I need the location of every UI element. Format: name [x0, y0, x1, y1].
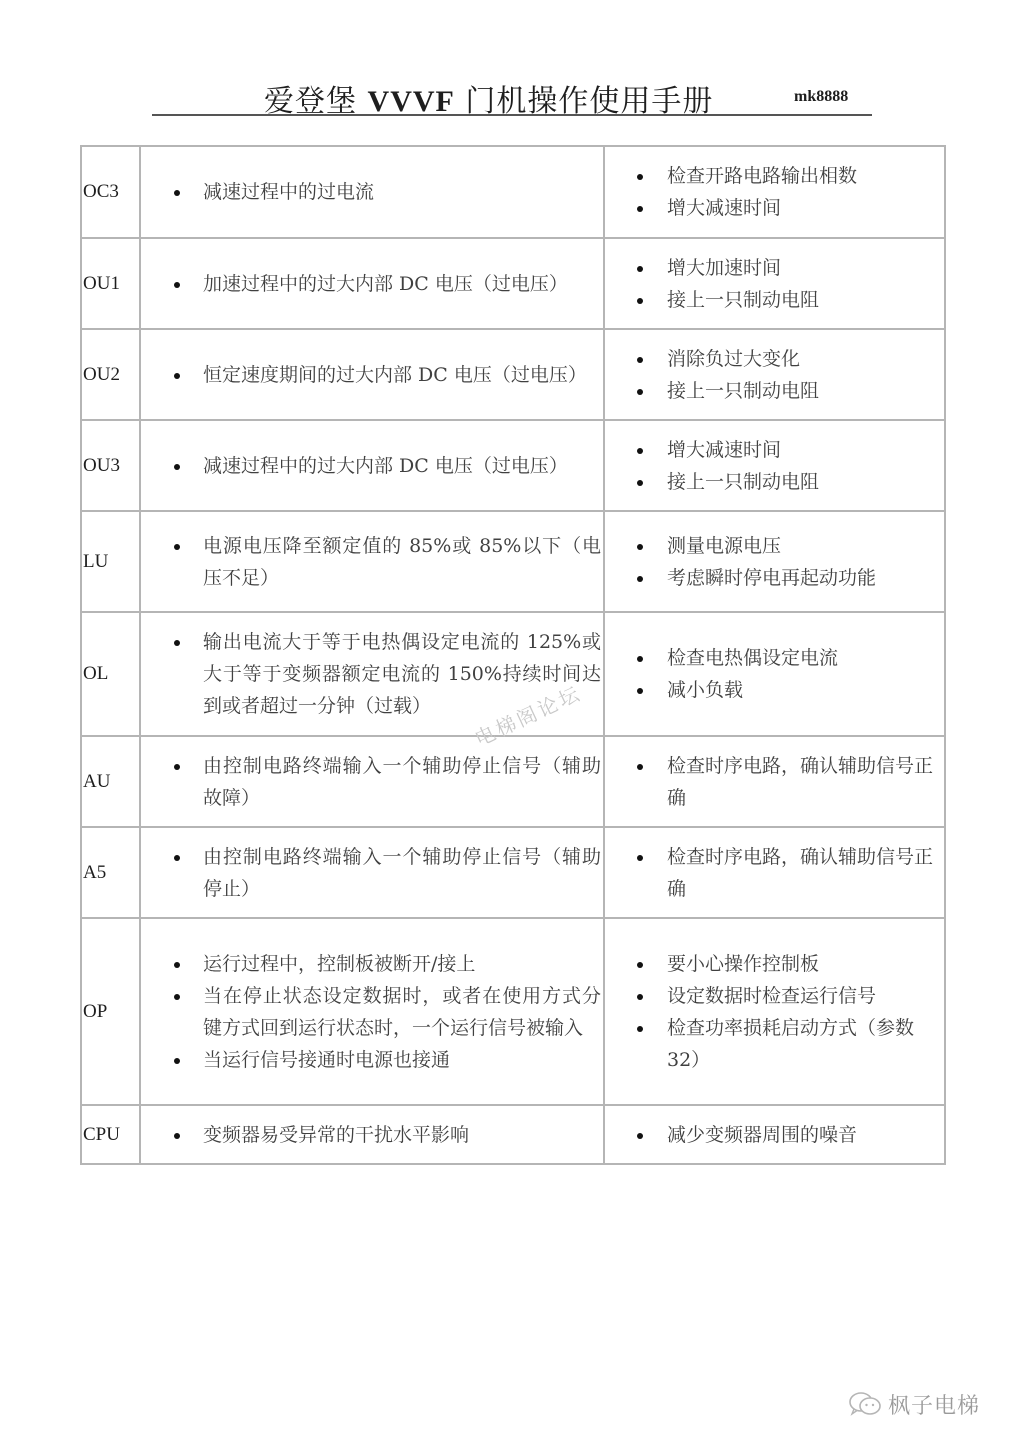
fault-cause-cell: 变频器易受异常的干扰水平影响 — [140, 1105, 604, 1164]
cause-list: 减速过程中的过大内部 DC 电压（过电压） — [141, 450, 603, 482]
cause-item: 当运行信号接通时电源也接通 — [141, 1044, 603, 1076]
brand-label: 枫子电梯 — [888, 1389, 980, 1420]
cause-list: 电源电压降至额定值的 85%或 85%以下（电压不足） — [141, 530, 603, 594]
cause-item: 由控制电路终端输入一个辅助停止信号（辅助停止） — [141, 841, 603, 905]
fault-code: AU — [81, 736, 140, 827]
remedy-item: 减少变频器周围的噪音 — [605, 1119, 944, 1151]
remedy-item: 增大减速时间 — [605, 192, 944, 224]
cause-item: 减速过程中的过大内部 DC 电压（过电压） — [141, 450, 603, 482]
fault-remedy-cell: 检查电热偶设定电流减小负载 — [604, 612, 945, 736]
remedy-item: 减小负载 — [605, 674, 944, 706]
cause-list: 运行过程中，控制板被断开/接上当在停止状态设定数据时，或者在使用方式分键方式回到… — [141, 948, 603, 1076]
fault-remedy-cell: 检查时序电路，确认辅助信号正确 — [604, 736, 945, 827]
remedy-item: 检查时序电路，确认辅助信号正确 — [605, 750, 944, 814]
fault-remedy-cell: 测量电源电压考虑瞬时停电再起动功能 — [604, 511, 945, 612]
fault-remedy-cell: 要小心操作控制板设定数据时检查运行信号检查功率损耗启动方式（参数 32） — [604, 918, 945, 1105]
fault-code: OC3 — [81, 146, 140, 238]
fault-table-body: OC3减速过程中的过电流检查开路电路输出相数增大减速时间OU1加速过程中的过大内… — [81, 146, 945, 1164]
fault-code: CPU — [81, 1105, 140, 1164]
table-row: CPU变频器易受异常的干扰水平影响减少变频器周围的噪音 — [81, 1105, 945, 1164]
remedy-list: 减少变频器周围的噪音 — [605, 1119, 944, 1151]
cause-item: 变频器易受异常的干扰水平影响 — [141, 1119, 603, 1151]
fault-remedy-cell: 检查时序电路，确认辅助信号正确 — [604, 827, 945, 918]
table-row: OU3减速过程中的过大内部 DC 电压（过电压）增大减速时间接上一只制动电阻 — [81, 420, 945, 511]
brand-footer: 枫子电梯 — [848, 1388, 980, 1420]
remedy-list: 检查开路电路输出相数增大减速时间 — [605, 160, 944, 224]
table-row: OP运行过程中，控制板被断开/接上当在停止状态设定数据时，或者在使用方式分键方式… — [81, 918, 945, 1105]
cause-item: 减速过程中的过电流 — [141, 176, 603, 208]
cause-item: 恒定速度期间的过大内部 DC 电压（过电压） — [141, 359, 603, 391]
remedy-list: 检查电热偶设定电流减小负载 — [605, 642, 944, 706]
remedy-list: 要小心操作控制板设定数据时检查运行信号检查功率损耗启动方式（参数 32） — [605, 948, 944, 1076]
fault-code: OP — [81, 918, 140, 1105]
table-row: A5由控制电路终端输入一个辅助停止信号（辅助停止）检查时序电路，确认辅助信号正确 — [81, 827, 945, 918]
remedy-item: 检查时序电路，确认辅助信号正确 — [605, 841, 944, 905]
fault-table: OC3减速过程中的过电流检查开路电路输出相数增大减速时间OU1加速过程中的过大内… — [80, 145, 946, 1165]
fault-code: OL — [81, 612, 140, 736]
fault-code: OU1 — [81, 238, 140, 329]
document-code: mk8888 — [794, 88, 848, 106]
header-rule — [152, 114, 872, 116]
remedy-item: 增大加速时间 — [605, 252, 944, 284]
fault-code: OU2 — [81, 329, 140, 420]
table-row: OU2恒定速度期间的过大内部 DC 电压（过电压）消除负过大变化接上一只制动电阻 — [81, 329, 945, 420]
fault-cause-cell: 减速过程中的过大内部 DC 电压（过电压） — [140, 420, 604, 511]
fault-cause-cell: 由控制电路终端输入一个辅助停止信号（辅助故障） — [140, 736, 604, 827]
fault-code: A5 — [81, 827, 140, 918]
cause-list: 由控制电路终端输入一个辅助停止信号（辅助故障） — [141, 750, 603, 814]
remedy-list: 检查时序电路，确认辅助信号正确 — [605, 841, 944, 905]
remedy-item: 消除负过大变化 — [605, 343, 944, 375]
remedy-item: 检查开路电路输出相数 — [605, 160, 944, 192]
cause-list: 加速过程中的过大内部 DC 电压（过电压） — [141, 268, 603, 300]
fault-code: LU — [81, 511, 140, 612]
fault-cause-cell: 加速过程中的过大内部 DC 电压（过电压） — [140, 238, 604, 329]
table-row: LU电源电压降至额定值的 85%或 85%以下（电压不足）测量电源电压考虑瞬时停… — [81, 511, 945, 612]
cause-item: 电源电压降至额定值的 85%或 85%以下（电压不足） — [141, 530, 603, 594]
fault-cause-cell: 由控制电路终端输入一个辅助停止信号（辅助停止） — [140, 827, 604, 918]
remedy-list: 检查时序电路，确认辅助信号正确 — [605, 750, 944, 814]
table-row: OC3减速过程中的过电流检查开路电路输出相数增大减速时间 — [81, 146, 945, 238]
fault-remedy-cell: 减少变频器周围的噪音 — [604, 1105, 945, 1164]
fault-cause-cell: 恒定速度期间的过大内部 DC 电压（过电压） — [140, 329, 604, 420]
table-row: OU1加速过程中的过大内部 DC 电压（过电压）增大加速时间接上一只制动电阻 — [81, 238, 945, 329]
remedy-list: 消除负过大变化接上一只制动电阻 — [605, 343, 944, 407]
cause-item: 当在停止状态设定数据时，或者在使用方式分键方式回到运行状态时，一个运行信号被输入 — [141, 980, 603, 1044]
remedy-item: 设定数据时检查运行信号 — [605, 980, 944, 1012]
fault-cause-cell: 电源电压降至额定值的 85%或 85%以下（电压不足） — [140, 511, 604, 612]
remedy-item: 考虑瞬时停电再起动功能 — [605, 562, 944, 594]
fault-remedy-cell: 增大减速时间接上一只制动电阻 — [604, 420, 945, 511]
cause-item: 由控制电路终端输入一个辅助停止信号（辅助故障） — [141, 750, 603, 814]
remedy-item: 接上一只制动电阻 — [605, 284, 944, 316]
remedy-item: 测量电源电压 — [605, 530, 944, 562]
fault-cause-cell: 运行过程中，控制板被断开/接上当在停止状态设定数据时，或者在使用方式分键方式回到… — [140, 918, 604, 1105]
cause-list: 减速过程中的过电流 — [141, 176, 603, 208]
wechat-icon — [848, 1391, 882, 1417]
cause-item: 运行过程中，控制板被断开/接上 — [141, 948, 603, 980]
remedy-list: 增大加速时间接上一只制动电阻 — [605, 252, 944, 316]
remedy-item: 检查功率损耗启动方式（参数 32） — [605, 1012, 944, 1076]
table-row: AU由控制电路终端输入一个辅助停止信号（辅助故障）检查时序电路，确认辅助信号正确 — [81, 736, 945, 827]
fault-remedy-cell: 检查开路电路输出相数增大减速时间 — [604, 146, 945, 238]
remedy-item: 检查电热偶设定电流 — [605, 642, 944, 674]
remedy-list: 测量电源电压考虑瞬时停电再起动功能 — [605, 530, 944, 594]
remedy-item: 增大减速时间 — [605, 434, 944, 466]
cause-list: 恒定速度期间的过大内部 DC 电压（过电压） — [141, 359, 603, 391]
remedy-list: 增大减速时间接上一只制动电阻 — [605, 434, 944, 498]
cause-item: 加速过程中的过大内部 DC 电压（过电压） — [141, 268, 603, 300]
fault-code: OU3 — [81, 420, 140, 511]
fault-remedy-cell: 增大加速时间接上一只制动电阻 — [604, 238, 945, 329]
fault-cause-cell: 减速过程中的过电流 — [140, 146, 604, 238]
remedy-item: 接上一只制动电阻 — [605, 466, 944, 498]
cause-list: 变频器易受异常的干扰水平影响 — [141, 1119, 603, 1151]
remedy-item: 接上一只制动电阻 — [605, 375, 944, 407]
document-header: 爱登堡 VVVF 门机操作使用手册 mk8888 — [152, 68, 872, 116]
cause-list: 由控制电路终端输入一个辅助停止信号（辅助停止） — [141, 841, 603, 905]
remedy-item: 要小心操作控制板 — [605, 948, 944, 980]
fault-remedy-cell: 消除负过大变化接上一只制动电阻 — [604, 329, 945, 420]
